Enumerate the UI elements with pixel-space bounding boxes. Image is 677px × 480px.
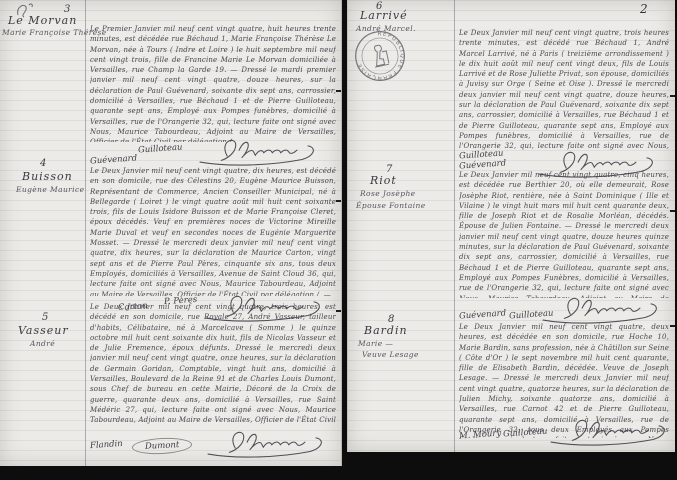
declarant-signature: Guilloteau <box>138 142 183 155</box>
margin-rule-right <box>454 0 455 452</box>
folio-number: 2 <box>640 2 648 16</box>
act-body: Le Deux Janvier mil neuf cent vingt quat… <box>459 28 669 150</box>
right-page: 2 RÉPUBLIQUE FRANÇAISE 6 Larrivé André M… <box>347 0 675 452</box>
act-margin-detail: Eugène Maurice <box>16 185 84 194</box>
binding-tick <box>670 95 675 97</box>
declarant-signature: M. Moury <box>459 429 502 442</box>
declarant-signature: Flandin <box>90 439 123 451</box>
declarant-signature: Guévenard <box>459 308 507 321</box>
declarant-signature: Dumont <box>132 436 193 455</box>
act-margin-name: Le Morvan <box>8 14 77 27</box>
declarant-signature: Guévenard <box>90 153 138 166</box>
signature-row: M. Moury Guilloteau <box>459 416 669 446</box>
act-body: Le Deux Janvier mil neuf cent vingt quat… <box>90 166 336 296</box>
registrar-signature-flourish <box>196 426 334 460</box>
act-number: 4 <box>40 158 46 169</box>
act-margin-detail: André Marcel. <box>356 24 416 33</box>
act-margin-detail2: Veuve Lesage <box>362 350 419 359</box>
margin-rule-left <box>85 0 86 466</box>
binding-tick <box>670 210 675 212</box>
act-body: Le Premier Janvier mil neuf cent vingt q… <box>90 24 336 142</box>
signature-row: Guévenard Guilloteau <box>90 138 336 168</box>
registrar-signature <box>531 292 669 326</box>
act-body: Le Deux Janvier mil neuf cent vingt quat… <box>90 302 336 426</box>
act-margin-detail: Marie — <box>358 339 393 348</box>
registrar-signature-flourish <box>539 414 677 448</box>
act-margin-name: Larrivé <box>360 9 408 22</box>
binding-tick <box>336 90 341 92</box>
act-margin-detail: André <box>30 339 55 348</box>
register-scan: 3 Le Morvan Marie Françoise Thérèse Le P… <box>0 0 677 480</box>
registrar-signature <box>188 134 326 168</box>
act-margin-detail: Rose Josèphe <box>360 189 416 198</box>
republique-francaise-seal-icon: RÉPUBLIQUE FRANÇAISE <box>348 24 412 88</box>
left-page: 3 Le Morvan Marie Françoise Thérèse Le P… <box>0 0 342 466</box>
act-margin-name: Buisson <box>22 170 73 183</box>
act-margin-name: Bardin <box>364 324 408 337</box>
registrar-signature <box>539 414 677 448</box>
binding-tick <box>336 200 341 202</box>
act-body: Le Deux Janvier mil neuf cent vingt quat… <box>459 170 669 298</box>
registrar-signature <box>196 426 334 460</box>
registrar-signature-flourish <box>531 292 669 326</box>
act-margin-name: Vasseur <box>18 324 69 337</box>
act-number: 5 <box>42 312 48 323</box>
binding-tick <box>336 310 341 312</box>
registrar-signature-flourish <box>188 134 326 168</box>
act-margin-name: Riot <box>370 174 397 187</box>
act-margin-detail2: Épouse Fontaine <box>356 201 426 210</box>
binding-tick <box>670 325 675 327</box>
signature-row: Flandin Dumont <box>90 426 336 456</box>
